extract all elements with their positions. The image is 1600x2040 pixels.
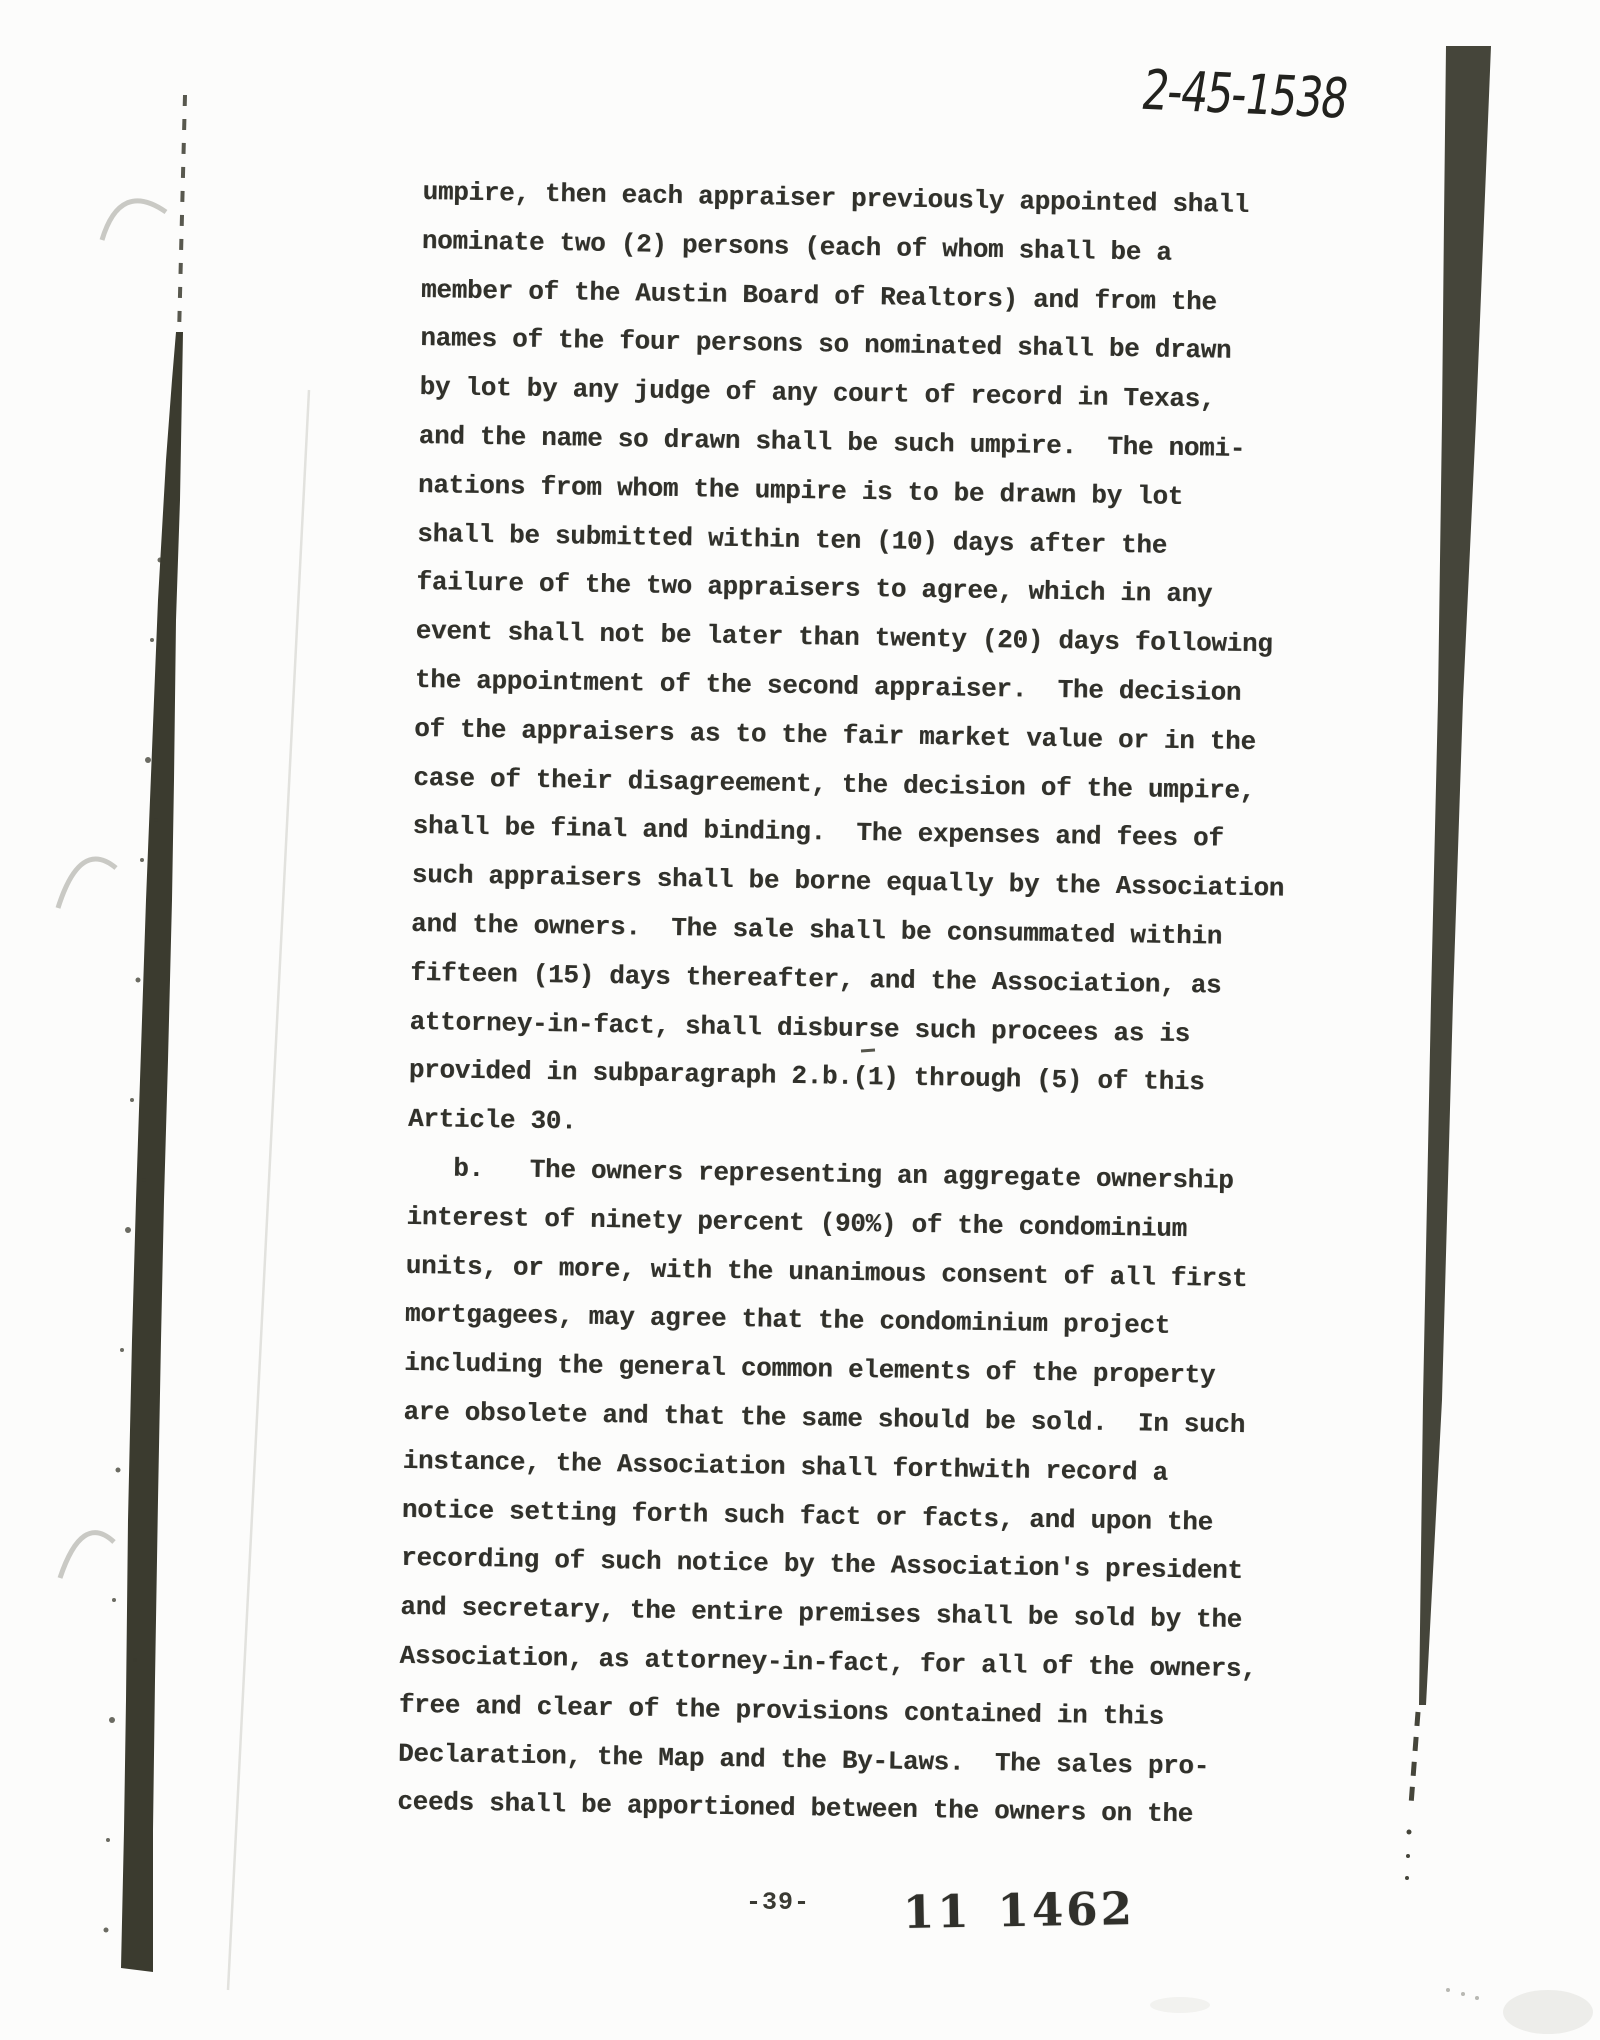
scanned-document-page: 2-45-1538 umpire, then each appraiser pr… <box>0 0 1600 2040</box>
bottom-right-smudges <box>1150 1988 1593 2034</box>
binder-ring-marks <box>58 201 166 1578</box>
stamp-number-right: 1462 <box>997 1882 1135 1937</box>
stamp-number-left: 11 <box>903 1885 973 1939</box>
page-number: -39- <box>746 1888 810 1917</box>
left-edge-binding-artifact <box>104 95 186 1972</box>
fold-crease-line <box>228 390 309 1990</box>
edge-speckles <box>104 558 163 1933</box>
handwritten-docket-number: 2-45-1538 <box>1137 58 1351 131</box>
right-edge-binding-artifact <box>1405 46 1491 1880</box>
document-body-text: umpire, then each appraiser previously a… <box>397 168 1295 1841</box>
recording-stamp: 111462 <box>903 1882 1136 1939</box>
